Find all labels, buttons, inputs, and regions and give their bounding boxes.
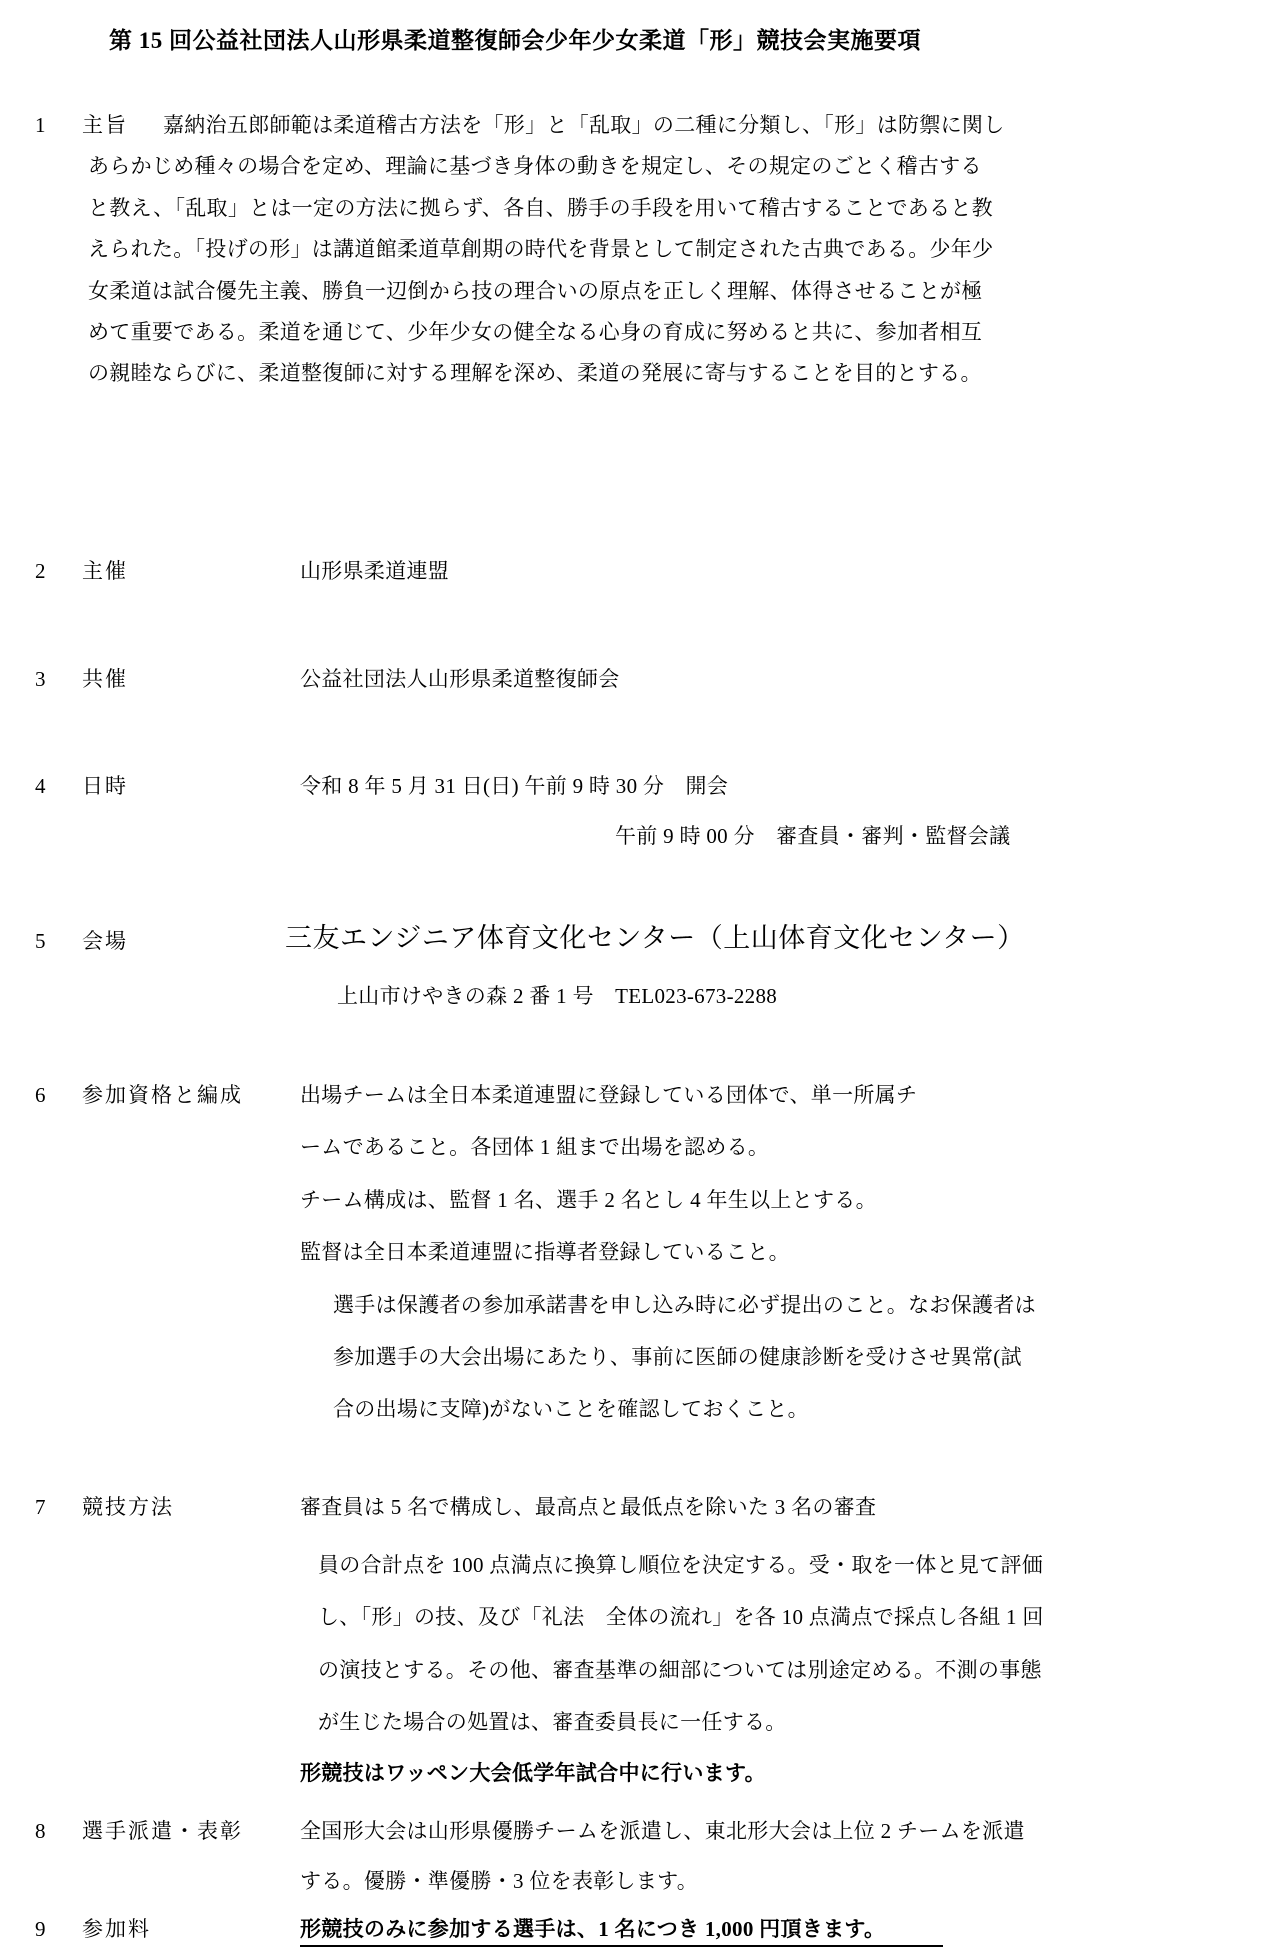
section-6-line: 出場チームは全日本柔道連盟に登録している団体で、単一所属チ: [300, 1082, 917, 1108]
section-8-label: 選手派遣・表彰: [82, 1818, 243, 1844]
section-6-label: 参加資格と編成: [82, 1082, 243, 1108]
section-5-address-line: 上山市けやきの森 2 番 1 号 TEL023-673-2288: [337, 983, 777, 1009]
section-7-label: 競技方法: [82, 1494, 174, 1520]
section-6-line: 参加選手の大会出場にあたり、事前に医師の健康診断を受けさせ異常(試: [333, 1344, 1022, 1370]
section-5-number: 5: [35, 928, 46, 954]
section-6-line: 監督は全日本柔道連盟に指導者登録していること。: [300, 1239, 790, 1265]
document-page: 第 15 回公益社団法人山形県柔道整復師会少年少女柔道「形」競技会実施要項 1 …: [0, 0, 1280, 1955]
section-7-line: の演技とする。その他、審査基準の細部については別途定める。不測の事態: [318, 1657, 1042, 1683]
section-1-line: 女柔道は試合優先主義、勝負一辺倒から技の理合いの原点を正しく理解、体得させること…: [88, 278, 983, 304]
section-1-line: と教え、「乱取」とは一定の方法に拠らず、各自、勝手の手段を用いて稽古することであ…: [88, 195, 993, 221]
section-1-line: 嘉納治五郎師範は柔道稽古方法を「形」と「乱取」の二種に分類し、「形」は防禦に関し: [163, 112, 1005, 138]
section-7-number: 7: [35, 1494, 46, 1520]
document-title: 第 15 回公益社団法人山形県柔道整復師会少年少女柔道「形」競技会実施要項: [30, 22, 1000, 55]
section-1-line: めて重要である。柔道を通じて、少年少女の健全なる心身の育成に努めると共に、参加者…: [88, 319, 982, 345]
section-6-number: 6: [35, 1082, 46, 1108]
section-3-number: 3: [35, 666, 46, 692]
section-1-line: あらかじめ種々の場合を定め、理論に基づき身体の動きを規定し、その規定のごとく稽古…: [88, 153, 982, 179]
section-6-line: ームであること。各団体 1 組まで出場を認める。: [300, 1134, 769, 1160]
section-8-line: 全国形大会は山形県優勝チームを派遣し、東北形大会は上位 2 チームを派遣: [300, 1818, 1025, 1844]
section-6-line: チーム構成は、監督 1 名、選手 2 名とし 4 年生以上とする。: [300, 1187, 877, 1213]
section-9-label: 参加料: [82, 1916, 151, 1942]
section-2-line: 山形県柔道連盟: [300, 558, 449, 584]
section-7-line: 員の合計点を 100 点満点に換算し順位を決定する。受・取を一体と見て評価: [318, 1552, 1043, 1578]
section-6-line: 選手は保護者の参加承諾書を申し込み時に必ず提出のこと。なお保護者は: [333, 1292, 1036, 1318]
section-3-label: 共催: [82, 666, 128, 692]
section-4-number: 4: [35, 773, 46, 799]
section-4-line: 令和 8 年 5 月 31 日(日) 午前 9 時 30 分 開会: [300, 773, 728, 799]
section-7-note-line: 形競技はワッペン大会低学年試合中に行います。: [300, 1760, 766, 1786]
section-2-number: 2: [35, 558, 46, 584]
section-9-fee-line: 形競技のみに参加する選手は、1 名につき 1,000 円頂きます。: [300, 1916, 943, 1947]
section-9-number: 9: [35, 1916, 46, 1942]
section-2-label: 主催: [82, 558, 128, 584]
section-7-line: 審査員は 5 名で構成し、最高点と最低点を除いた 3 名の審査: [300, 1494, 876, 1520]
section-8-line: する。優勝・準優勝・3 位を表彰します。: [300, 1868, 698, 1894]
section-3-line: 公益社団法人山形県柔道整復師会: [300, 666, 620, 692]
section-7-line: し、「形」の技、及び「礼法 全体の流れ」を各 10 点満点で採点し各組 1 回: [318, 1604, 1044, 1630]
section-4-label: 日時: [82, 773, 128, 799]
section-8-number: 8: [35, 1818, 46, 1844]
section-1-label: 主旨: [82, 112, 128, 138]
section-1-line: えられた。「投げの形」は講道館柔道草創期の時代を背景として制定された古典である。…: [88, 236, 993, 262]
section-5-label: 会場: [82, 928, 128, 954]
section-6-line: 合の出場に支障)がないことを確認しておくこと。: [333, 1396, 809, 1422]
section-4-line: 午前 9 時 00 分 審査員・審判・監督会議: [615, 823, 1010, 849]
section-1-number: 1: [35, 112, 46, 138]
section-1-line: の親睦ならびに、柔道整復師に対する理解を深め、柔道の発展に寄与することを目的とす…: [88, 360, 982, 386]
section-7-line: が生じた場合の処置は、審査委員長に一任する。: [318, 1709, 787, 1735]
section-5-venue-line: 三友エンジニア体育文化センター（上山体育文化センター）: [285, 922, 1025, 956]
